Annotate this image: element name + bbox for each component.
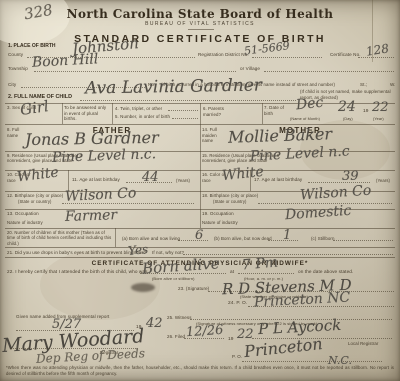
township-value: Boon Hill [32,51,99,70]
header-ornament [188,29,214,30]
father-occupation-value: Farmer [65,207,118,225]
mother-occupation-value: Domestic [285,203,352,224]
certify-suffix: on the date above stated. [298,269,353,275]
twin-label: 4. Twin, triplet, or other [115,106,162,112]
hour-value: 7 Pm [241,254,278,273]
father-residence-value: Pine Level n.c. [52,146,157,166]
dob-label: 7. Date of birth [264,105,290,116]
father-age-unit: (Years) [176,178,190,183]
registrar-po-line [242,361,382,362]
dob-year-value: 22 [372,100,389,115]
stillborn-line [333,240,393,241]
twin-line [168,110,198,111]
mother-birthplace-value: Wilson Co [300,183,372,204]
township-label: Township [8,66,28,72]
registrar-po-label: P. O. [232,354,242,360]
mother-residence-value: Pine Level n.c [250,143,350,164]
form-line [200,103,201,228]
parents-married-label: 6. Parents married? [203,106,235,117]
local-registrar-label: Local Registrar [348,341,378,347]
ink-smudge [131,283,155,292]
street-label: St.; [360,82,367,88]
certificate-no-label: Certificate No. [330,52,361,58]
footnote: *When there was no attending physician o… [6,365,394,376]
mother-birthplace-note: (State or country) [213,199,246,204]
father-birthplace-label: 12. Birthplace (city or place) [7,193,63,199]
dob-day-sublabel: (Day) [343,117,353,122]
form-line [112,103,113,124]
filed-label: 26. Filed [167,334,185,340]
mother-name-value: Mollie Baker [228,124,333,147]
child-name-line [80,100,296,101]
drops-why-label: If not, why not? [152,250,184,256]
father-birthplace-value: Wilson Co [65,185,137,205]
county-label: County [8,52,23,58]
drops-answer: Yes [127,242,148,258]
village-line [264,71,394,72]
city-label: City [8,82,16,88]
father-occupation-label: 13. Occupation [7,211,39,217]
stillborn-label: (c) Stillborn [311,236,335,242]
father-industry-label: Nature of industry [7,220,43,226]
filed-date-value: 12/26 [186,323,224,341]
drops-question: 21. Did you use drops in baby's eyes at … [7,250,146,256]
born-alive-note: (Born alive or stillborn) [152,276,195,281]
registration-district-line [252,57,322,58]
mother-occupation-label: 19. Occupation [202,211,234,217]
at-label: at [230,269,234,275]
place-of-birth-label: 1. PLACE OF BIRTH [8,43,56,49]
signature-label: 23. (Signature) [178,286,209,292]
mother-age-value: 39 [342,169,359,184]
sex-value: Girl [19,97,50,119]
certify-prefix: 22. I hereby certify that I attended the… [7,269,148,275]
witness-label: 25. Witness [167,315,192,321]
form-line [115,228,116,247]
header-bureau: BUREAU OF VITAL STATISTICS [0,21,400,28]
children-count-label: 20. Number of children of this mother (T… [7,230,113,246]
supplemental-year-value: 42 [146,316,163,331]
mother-name-label: 14. Full maiden name [202,127,222,144]
mother-birthplace-label: 18. Birthplace (city or place) [202,193,258,199]
birth-order-label: 5. Number, in order of birth [115,114,170,120]
physician-po-label: 24. P. O. [228,301,247,307]
village-label: or Village [240,66,260,72]
ward-label: W. [390,82,396,88]
form-line [5,247,395,248]
dob-year-sublabel: (Year) [373,117,384,122]
form-line [62,103,63,124]
mother-industry-label: Nature of industry [202,220,238,226]
document-title: STANDARD CERTIFICATE OF BIRTH [0,33,400,45]
header-organization: North Carolina State Board of Health [0,7,400,21]
child-name-value: Ava Lavinia Gardner [85,75,262,98]
children-count-label-text: 20. Number of children of this mother [7,230,80,235]
father-birthplace-note: (State or country) [18,199,51,204]
father-age-value: 44 [142,170,159,185]
born-living-value: 6 [195,228,203,243]
mother-age-label: 17. Age at last birthday [254,177,302,183]
born-dead-label: (b) Born alive, but now dead [214,236,272,242]
dob-day-value: 24 [338,99,356,115]
father-color-value: White [16,165,59,186]
local-registrar-signature: P L Aycock [258,316,342,338]
born-dead-value: 1 [283,228,291,243]
dob-year-prefix: 19 [363,109,369,115]
plural-births-note: To be answered only in event of plural b… [64,105,110,122]
birth-certificate-document: 328 North Carolina State Board of Health… [0,0,400,381]
dob-month-value: Dec [295,95,324,114]
form-line [262,103,263,124]
dob-month-sublabel: (Name of Month) [290,117,320,122]
township-line [34,71,236,72]
born-living-label: (a) Born alive and now living [122,236,180,242]
registration-district-label: Registration District No. [198,52,249,58]
mother-age-unit: (Years) [376,178,390,183]
father-name-label: 8. Full name [7,127,23,138]
filed-year-prefix: 19 [228,337,234,343]
born-living-line [178,240,208,241]
filed-year-value: 22 [237,327,254,342]
father-age-label: 11. Age at last birthday [72,177,120,183]
birth-order-line [172,118,198,119]
